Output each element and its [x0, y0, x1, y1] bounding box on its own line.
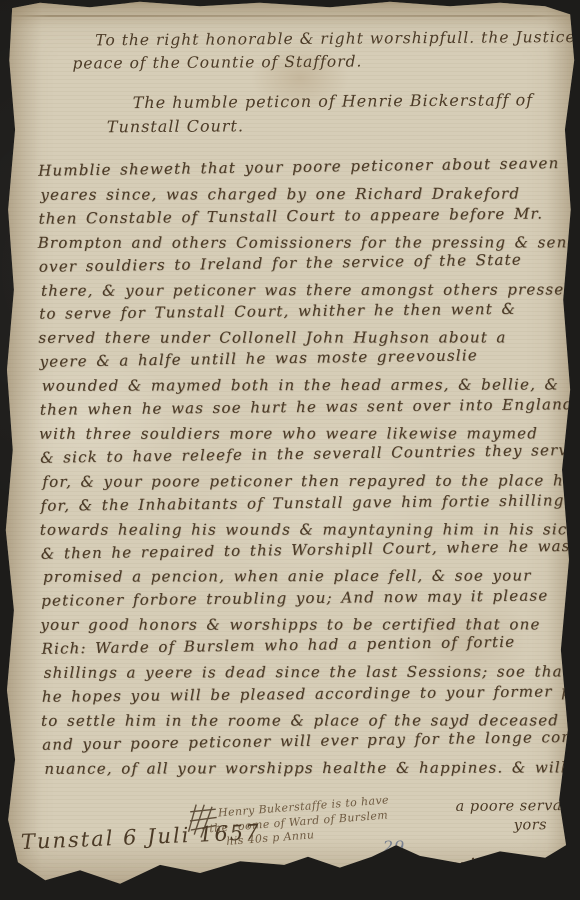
body-line-23: he hopes you will be pleased accordinge … — [42, 680, 562, 709]
manuscript-photo-background: To the right honorable & right worshipfu… — [0, 0, 580, 900]
closing-line-2: yors — [514, 816, 580, 836]
signature: Henri Bickerstaff — [418, 851, 580, 879]
address-block: To the right honorable & right worshipfu… — [95, 26, 580, 76]
body-line-19: peticoner forbore troubling you; And now… — [41, 585, 561, 614]
address-line-1: To the right honorable & right worshipfu… — [95, 26, 580, 53]
address-line-2: peace of the Countie of Stafford. — [72, 49, 580, 76]
title-line-1: The humble peticon of Henrie Bickerstaff… — [133, 88, 534, 114]
body-line-1: Humblie sheweth that your poore peticone… — [38, 152, 558, 184]
body-line-3: then Constable of Tunstall Court to appe… — [38, 202, 558, 231]
body-line-11: then when he was soe hurt he was sent ov… — [40, 393, 560, 422]
handwritten-ink-layer: To the right honorable & right worshipfu… — [0, 0, 580, 900]
closing-line-1: a poore servant of — [456, 797, 580, 817]
body-line-15: for, & the Inhabitants of Tunstall gave … — [40, 489, 560, 518]
closing-block: a poore servant ofyors — [456, 797, 580, 836]
body-line-7: to serve for Tunstall Court, whither he … — [39, 298, 559, 327]
archive-page-number: 29 — [383, 837, 405, 856]
title-line-2: Tunstall Court. — [107, 112, 534, 138]
body-line-26: nuance, of all your worshipps healthe & … — [44, 756, 564, 781]
petition-title-block: The humble peticon of Henrie Bickerstaff… — [133, 88, 534, 138]
petition-body: Humblie sheweth that your poore peticone… — [38, 156, 562, 781]
petition-document: To the right honorable & right worshipfu… — [0, 0, 580, 900]
